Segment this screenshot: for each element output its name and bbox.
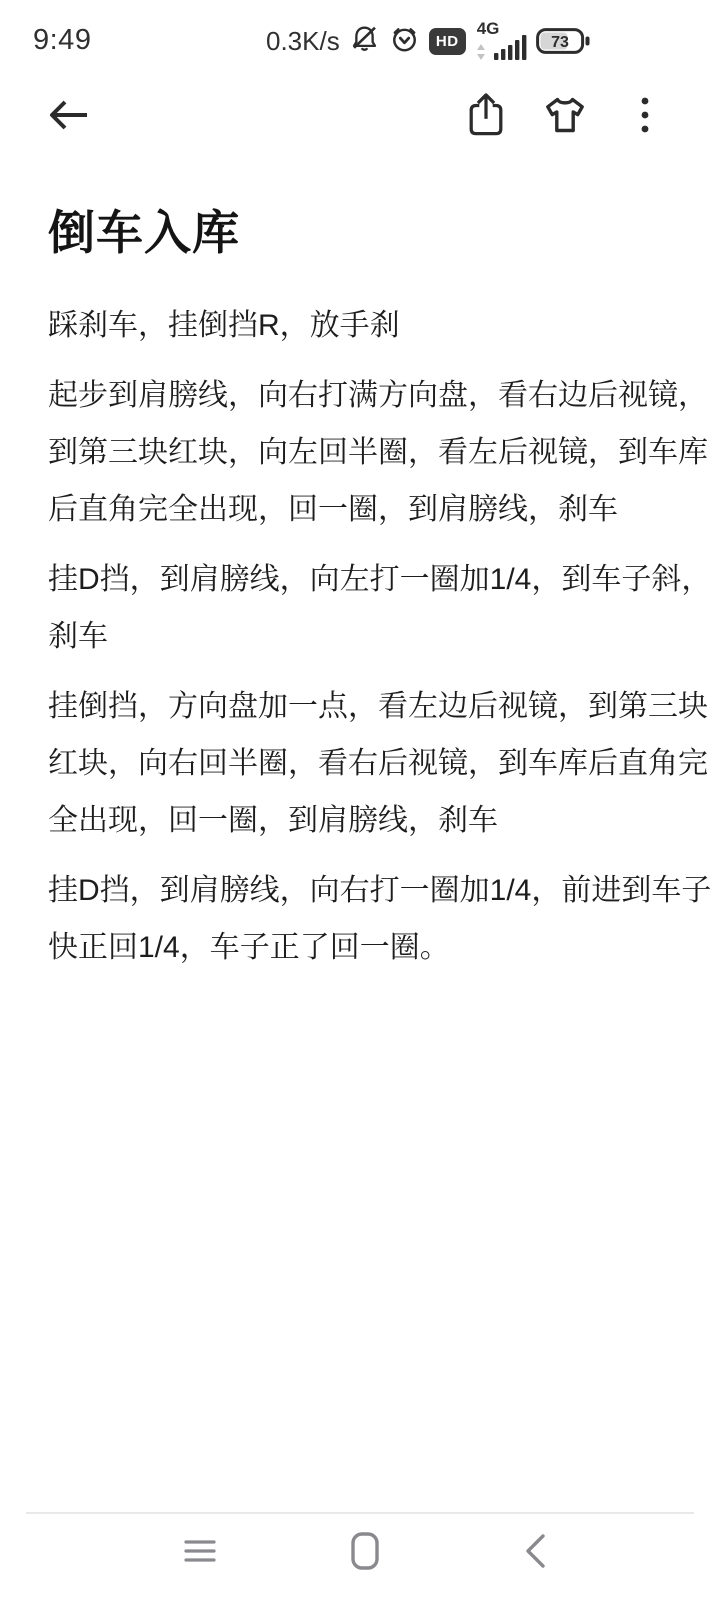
note-line: 快正回1/4，车子正了回一圈。 — [48, 919, 672, 976]
data-transfer-arrows-icon — [476, 44, 486, 60]
app-bar — [0, 76, 720, 158]
note-paragraph: 挂倒挡，方向盘加一点，看左边后视镜，到第三块 红块，向右回半圈，看右后视镜，到车… — [48, 678, 672, 849]
note-line: 红块，向右回半圈，看右后视镜，到车库后直角完 — [48, 735, 672, 792]
battery-icon: 73 — [536, 27, 590, 55]
nav-menu-button[interactable] — [178, 1531, 222, 1575]
note-line: 后直角完全出现，回一圈，到肩膀线，刹车 — [48, 481, 672, 538]
note-line: 挂倒挡，方向盘加一点，看左边后视镜，到第三块 — [48, 678, 672, 735]
note-line: 刹车 — [48, 608, 672, 665]
nav-home-button[interactable] — [343, 1531, 387, 1575]
kebab-menu-icon — [637, 94, 653, 141]
alarm-clock-icon — [389, 22, 420, 60]
back-button[interactable] — [44, 93, 92, 141]
menu-icon — [184, 1539, 216, 1568]
status-bar: 9:49 0.3K/s HD 4G — [0, 0, 720, 76]
note-line: 起步到肩膀线，向右打满方向盘，看右边后视镜， — [48, 367, 672, 424]
note-paragraph: 起步到肩膀线，向右打满方向盘，看右边后视镜， 到第三块红块，向左回半圈，看左后视… — [48, 367, 672, 538]
home-icon — [351, 1532, 379, 1575]
battery-percent: 73 — [551, 34, 569, 51]
signal-bars-icon — [494, 35, 527, 60]
system-nav-bar — [0, 1512, 720, 1600]
phone-screen: { "status_bar": { "time": "9:49", "netwo… — [0, 0, 720, 1600]
network-speed-indicator: 0.3K/s — [266, 26, 340, 57]
note-line: 挂D挡，到肩膀线，向右打一圈加1/4，前进到车子 — [48, 862, 672, 919]
note-line: 挂D挡，到肩膀线，向左打一圈加1/4，到车子斜， — [48, 551, 672, 608]
note-paragraph: 踩刹车，挂倒挡R，放手刹 — [48, 297, 672, 354]
note-body[interactable]: 踩刹车，挂倒挡R，放手刹 起步到肩膀线，向右打满方向盘，看右边后视镜， 到第三块… — [48, 297, 672, 976]
theme-skin-button[interactable] — [542, 93, 588, 141]
nav-back-button[interactable] — [513, 1531, 557, 1575]
chevron-left-icon — [524, 1533, 546, 1574]
status-time: 9:49 — [33, 24, 91, 57]
cellular-signal-icon: 4G — [475, 20, 527, 62]
back-arrow-icon — [46, 96, 90, 139]
note-paragraph: 挂D挡，到肩膀线，向右打一圈加1/4，前进到车子 快正回1/4，车子正了回一圈。 — [48, 862, 672, 976]
note-line: 到第三块红块，向左回半圈，看左后视镜，到车库 — [48, 424, 672, 481]
tshirt-icon — [543, 94, 587, 141]
more-options-button[interactable] — [631, 93, 659, 141]
note-paragraph: 挂D挡，到肩膀线，向左打一圈加1/4，到车子斜， 刹车 — [48, 551, 672, 665]
note-line: 全出现，回一圈，到肩膀线，刹车 — [48, 792, 672, 849]
mute-bell-icon — [349, 22, 380, 60]
hd-badge-icon: HD — [429, 28, 466, 55]
note-line: 踩刹车，挂倒挡R，放手刹 — [48, 297, 672, 354]
share-icon — [465, 90, 507, 145]
share-button[interactable] — [463, 91, 509, 143]
status-icon-cluster: 0.3K/s HD 4G — [266, 20, 590, 62]
note-title[interactable]: 倒车入库 — [48, 189, 672, 265]
note-content[interactable]: 倒车入库 踩刹车，挂倒挡R，放手刹 起步到肩膀线，向右打满方向盘，看右边后视镜，… — [0, 158, 720, 989]
